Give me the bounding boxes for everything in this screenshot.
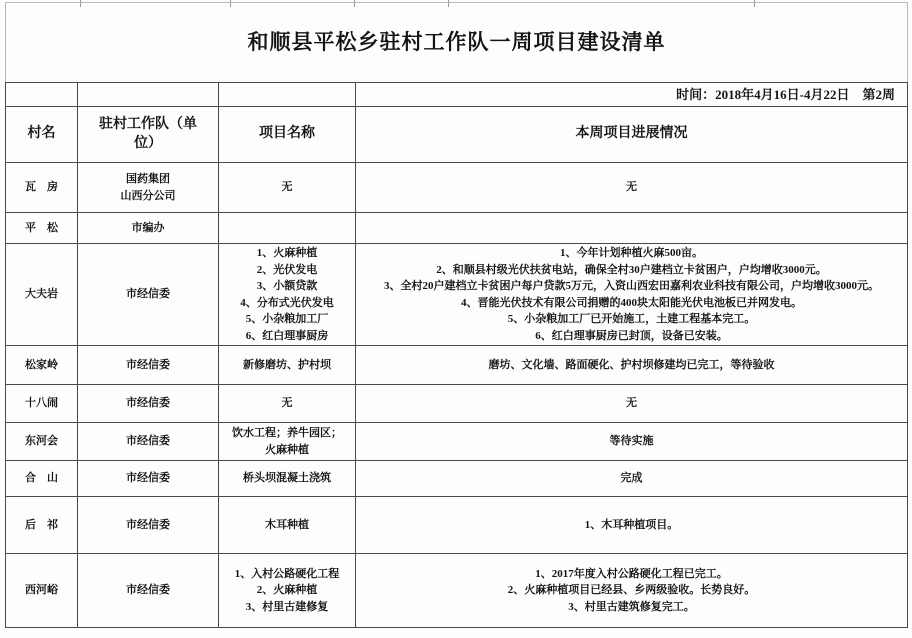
table-row: 十八闹市经信委无无	[6, 385, 908, 423]
header-team: 驻村工作队（单位）	[78, 107, 219, 163]
time-label: 时间：2018年4月16日-4月22日 第2周	[356, 83, 908, 107]
table-row: 平 松市编办	[6, 213, 908, 244]
table-row: 时间：2018年4月16日-4月22日 第2周	[6, 83, 908, 107]
team-cell: 市经信委	[78, 461, 219, 497]
spreadsheet-page: 和顺县平松乡驻村工作队一周项目建设清单 时间：2018年4月16日-4月22日 …	[0, 0, 912, 638]
progress-cell: 无	[356, 385, 908, 423]
village-cell: 十八闹	[6, 385, 78, 423]
table-row: 西河峪市经信委1、入村公路硬化工程 2、火麻种植 3、村里古建修复1、2017年…	[6, 554, 908, 628]
document-title: 和顺县平松乡驻村工作队一周项目建设清单	[6, 3, 908, 83]
progress-cell: 1、今年计划种植火麻500亩。 2、和顺县村级光伏扶贫电站，确保全村30户建档立…	[356, 244, 908, 346]
table-body: 瓦 房国药集团 山西分公司无无平 松市编办大夫岩市经信委1、火麻种植 2、光伏发…	[6, 163, 908, 628]
project-cell: 新修磨坊、护村坝	[219, 346, 356, 385]
header-village: 村名	[6, 107, 78, 163]
team-cell: 国药集团 山西分公司	[78, 163, 219, 213]
table-header-row: 村名 驻村工作队（单位） 项目名称 本周项目进展情况	[6, 107, 908, 163]
project-cell: 桥头坝混凝土浇筑	[219, 461, 356, 497]
team-cell: 市经信委	[78, 244, 219, 346]
progress-cell: 磨坊、文化墙、路面硬化、护村坝修建均已完工，等待验收	[356, 346, 908, 385]
team-cell: 市编办	[78, 213, 219, 244]
project-cell: 无	[219, 385, 356, 423]
table-row: 松家岭市经信委新修磨坊、护村坝磨坊、文化墙、路面硬化、护村坝修建均已完工，等待验…	[6, 346, 908, 385]
progress-cell: 1、木耳种植项目。	[356, 497, 908, 554]
project-cell: 1、火麻种植 2、光伏发电 3、小额贷款 4、分布式光伏发电 5、小杂粮加工厂 …	[219, 244, 356, 346]
empty-cell	[219, 83, 356, 107]
village-cell: 西河峪	[6, 554, 78, 628]
header-project: 项目名称	[219, 107, 356, 163]
village-cell: 平 松	[6, 213, 78, 244]
project-cell: 木耳种植	[219, 497, 356, 554]
project-table: 和顺县平松乡驻村工作队一周项目建设清单 时间：2018年4月16日-4月22日 …	[5, 2, 908, 628]
table-row: 后 祁市经信委木耳种植1、木耳种植项目。	[6, 497, 908, 554]
table-row: 合 山市经信委桥头坝混凝土浇筑完成	[6, 461, 908, 497]
project-cell: 1、入村公路硬化工程 2、火麻种植 3、村里古建修复	[219, 554, 356, 628]
team-cell: 市经信委	[78, 423, 219, 461]
progress-cell: 等待实施	[356, 423, 908, 461]
progress-cell	[356, 213, 908, 244]
header-progress: 本周项目进展情况	[356, 107, 908, 163]
team-cell: 市经信委	[78, 554, 219, 628]
team-cell: 市经信委	[78, 346, 219, 385]
progress-cell: 1、2017年度入村公路硬化工程已完工。 2、火麻种植项目已经县、乡两级验收。长…	[356, 554, 908, 628]
table-row: 瓦 房国药集团 山西分公司无无	[6, 163, 908, 213]
project-cell	[219, 213, 356, 244]
empty-cell	[78, 83, 219, 107]
empty-cell	[6, 83, 78, 107]
table-row: 和顺县平松乡驻村工作队一周项目建设清单	[6, 3, 908, 83]
village-cell: 瓦 房	[6, 163, 78, 213]
village-cell: 后 祁	[6, 497, 78, 554]
project-cell: 饮水工程；养牛园区； 火麻种植	[219, 423, 356, 461]
table-row: 东河会市经信委饮水工程；养牛园区； 火麻种植等待实施	[6, 423, 908, 461]
table-row: 大夫岩市经信委1、火麻种植 2、光伏发电 3、小额贷款 4、分布式光伏发电 5、…	[6, 244, 908, 346]
village-cell: 松家岭	[6, 346, 78, 385]
progress-cell: 完成	[356, 461, 908, 497]
progress-cell: 无	[356, 163, 908, 213]
village-cell: 东河会	[6, 423, 78, 461]
village-cell: 合 山	[6, 461, 78, 497]
team-cell: 市经信委	[78, 385, 219, 423]
team-cell: 市经信委	[78, 497, 219, 554]
project-cell: 无	[219, 163, 356, 213]
village-cell: 大夫岩	[6, 244, 78, 346]
